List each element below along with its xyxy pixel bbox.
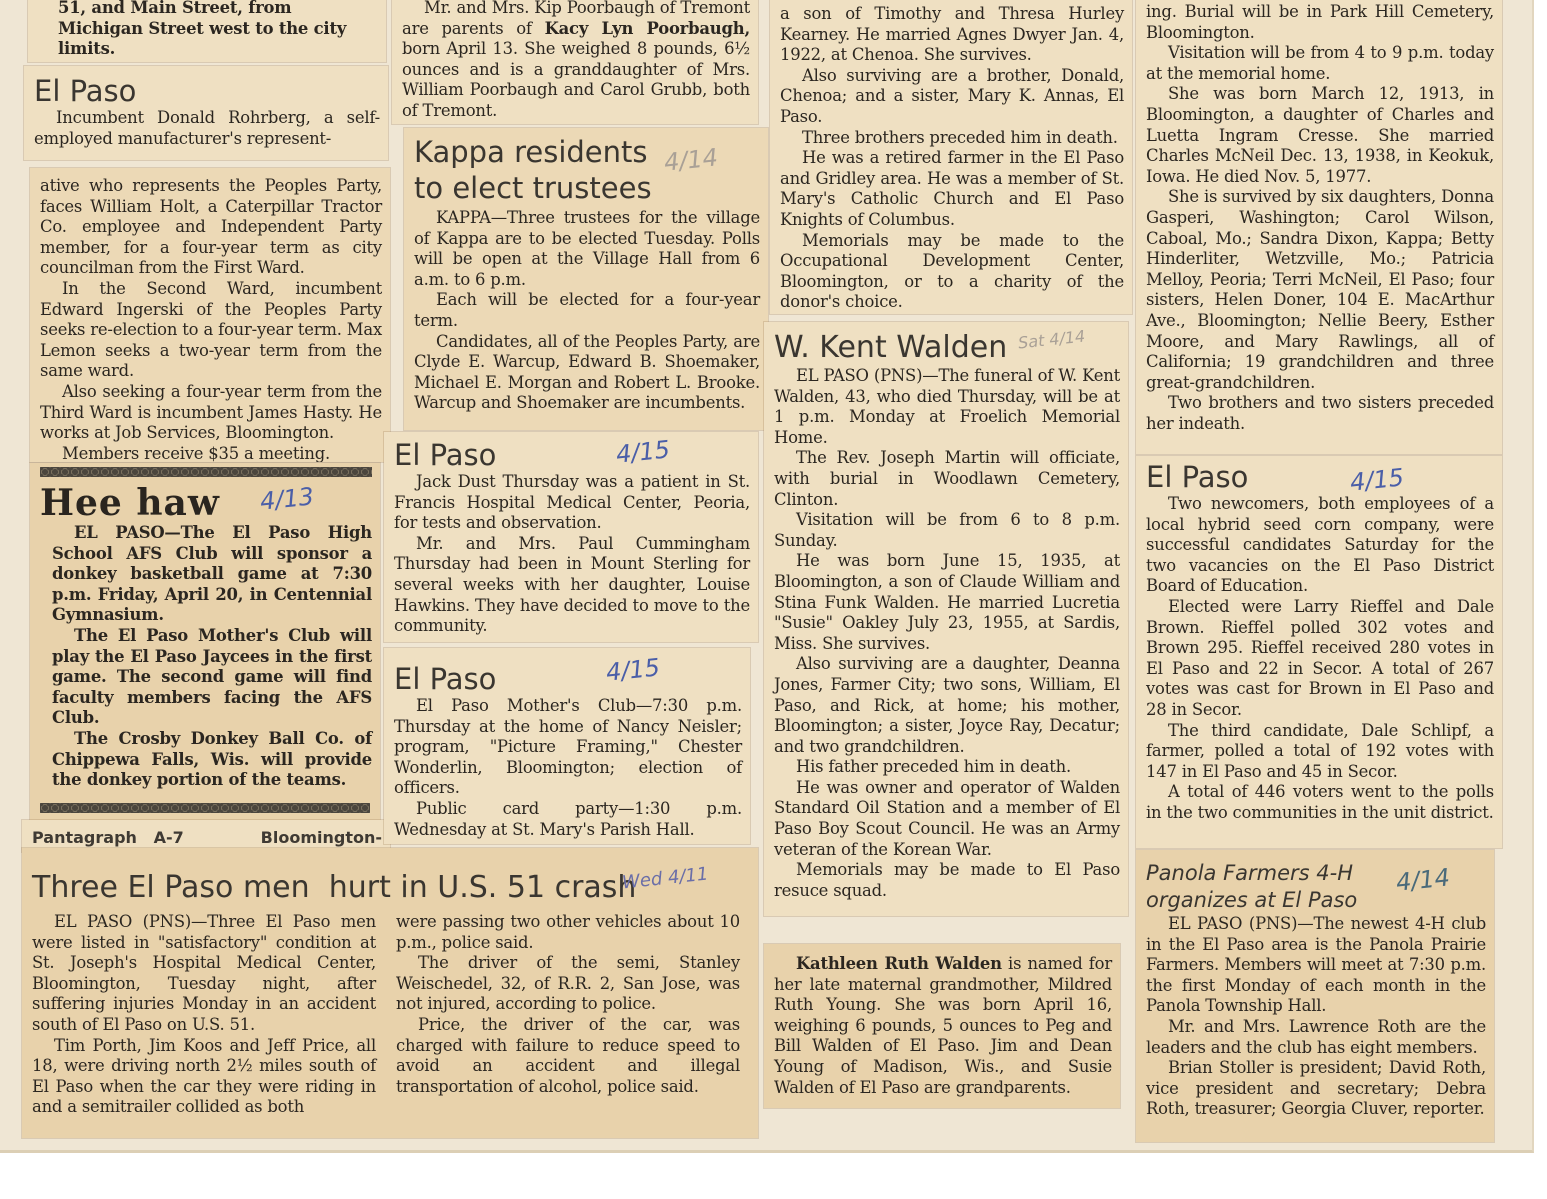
paragraph: Incumbent Donald Rohrberg, a self-employ… <box>34 108 380 149</box>
clipping-el-paso-mothers: El Paso 4/15 El Paso Mother's Club—7:30 … <box>384 648 750 844</box>
clipping-kappa: Kappa residentsto elect trustees 4/14 KA… <box>404 128 768 430</box>
paragraph: She was born March 12, 1913, in Blooming… <box>1146 84 1494 187</box>
headline: El Paso <box>394 438 750 472</box>
paragraph: Mr. and Mrs. Paul Cummingham Thursday ha… <box>394 534 750 637</box>
paragraph: A total of 446 voters went to the polls … <box>1146 782 1494 823</box>
paragraph: Jack Dust Thursday was a patient in St. … <box>394 472 750 534</box>
decorative-rule <box>40 467 372 477</box>
paragraph: Three brothers preceded him in death. <box>780 128 1124 149</box>
paragraph: Two brothers and two sisters preceded he… <box>1146 393 1494 434</box>
paragraph: Two newcomers, both employees of a local… <box>1146 494 1494 597</box>
paragraph: Tim Porth, Jim Koos and Jeff Price, all … <box>32 1036 376 1118</box>
masthead-paper: Pantagraph <box>32 828 137 847</box>
clipping-main-street: 51, and Main Street, from Michigan Stree… <box>28 0 386 62</box>
paragraph: The Rev. Joseph Martin will officiate, w… <box>774 448 1120 510</box>
paragraph: El Paso Mother's Club—7:30 p.m. Thursday… <box>394 696 742 799</box>
clipping-poorbaugh-birth: Mr. and Mrs. Kip Poorbaugh of Tremont ar… <box>392 0 758 124</box>
paragraph: Each will be elected for a four-year ter… <box>414 290 760 331</box>
paragraph: Also seeking a four-year term from the T… <box>40 382 382 444</box>
handwritten-date: 4/13 <box>259 482 316 515</box>
paragraph: The El Paso Mother's Club will play the … <box>52 626 372 729</box>
paragraph: Visitation will be from 6 to 8 p.m. Sund… <box>774 510 1120 551</box>
paragraph: KAPPA—Three trustees for the village of … <box>414 208 760 290</box>
paragraph: Also surviving are a brother, Donald, Ch… <box>780 66 1124 128</box>
clipping-walden-obituary: W. Kent Walden Sat 4/14 EL PASO (PNS)—Th… <box>764 322 1128 916</box>
paragraph: EL PASO (PNS)—The newest 4-H club in the… <box>1146 914 1486 1017</box>
paragraph: He was born June 15, 1935, at Bloomingto… <box>774 551 1120 654</box>
paragraph: ative who represents the Peoples Party, … <box>40 176 382 279</box>
paragraph: The driver of the semi, Stanley Weisched… <box>396 953 740 1015</box>
paragraph: EL PASO (PNS)—The funeral of W. Kent Wal… <box>774 366 1120 448</box>
paragraph: He was owner and operator of Walden Stan… <box>774 778 1120 860</box>
paragraph: EL PASO (PNS)—Three El Paso men were lis… <box>32 912 376 1036</box>
baby-name: Kacy Lyn Poorbaugh, <box>545 19 750 38</box>
clipping-walden-birth: Kathleen Ruth Walden is named for her la… <box>764 944 1120 1108</box>
paragraph: were passing two other vehicles about 10… <box>396 912 740 953</box>
scrapbook-page: 51, and Main Street, from Michigan Stree… <box>0 0 1534 1153</box>
paragraph: Price, the driver of the car, was charge… <box>396 1015 740 1097</box>
paragraph: Memorials may be made to El Paso resuce … <box>774 860 1120 901</box>
paragraph: Mr. and Mrs. Kip Poorbaugh of Tremont ar… <box>402 0 750 122</box>
paragraph: Candidates, all of the Peoples Party, ar… <box>414 332 760 414</box>
handwritten-date: 4/14 <box>1395 863 1452 896</box>
clipping-el-paso-school-board: El Paso 4/15 Two newcomers, both employe… <box>1136 456 1502 848</box>
masthead-city: Bloomington- <box>261 828 382 847</box>
handwritten-date: 4/15 <box>615 435 672 468</box>
headline: El Paso <box>1146 460 1494 494</box>
clipping-hee-haw: Hee haw 4/13 EL PASO—The El Paso High Sc… <box>30 463 380 821</box>
masthead-page: A-7 <box>154 828 184 847</box>
paragraph: EL PASO—The El Paso High School AFS Club… <box>52 523 372 626</box>
handwritten-date: 4/15 <box>1349 463 1406 496</box>
headline: El Paso <box>34 74 380 108</box>
paragraph: The Crosby Donkey Ball Co. of Chippewa F… <box>52 729 372 791</box>
headline: Hee haw <box>40 483 372 523</box>
decorative-rule <box>40 803 370 813</box>
column-2: were passing two other vehicles about 10… <box>396 912 740 1118</box>
clipping-text: 51, and Main Street, from Michigan Stree… <box>58 0 378 60</box>
paragraph: In the Second Ward, incumbent Edward Ing… <box>40 279 382 382</box>
paragraph: The third candidate, Dale Schlipf, a far… <box>1146 721 1494 783</box>
paragraph: a son of Timothy and Thresa Hurley Kearn… <box>780 4 1124 66</box>
clipping-panola-4h: Panola Farmers 4-Horganizes at El Paso 4… <box>1136 850 1494 1142</box>
baby-name: Kathleen Ruth Walden <box>796 954 1002 973</box>
paragraph: She is survived by six daughters, Donna … <box>1146 187 1494 393</box>
paragraph: Also surviving are a daughter, Deanna Jo… <box>774 654 1120 757</box>
paragraph: Members receive $35 a meeting. <box>40 444 382 462</box>
clipping-el-paso-election-bottom: ative who represents the Peoples Party, … <box>30 168 390 462</box>
clipping-crash-story: Three El Paso men hurt in U.S. 51 crash … <box>22 848 758 1138</box>
paragraph: Memorials may be made to the Occupationa… <box>780 231 1124 313</box>
clipping-mcneil-obituary: ing. Burial will be in Park Hill Cemeter… <box>1136 0 1502 454</box>
clipping-kearney-obituary: a son of Timothy and Thresa Hurley Kearn… <box>770 0 1132 314</box>
clipping-el-paso-dust: El Paso 4/15 Jack Dust Thursday was a pa… <box>384 432 758 642</box>
paragraph: Public card party—1:30 p.m. Wednesday at… <box>394 799 742 840</box>
paragraph: Mr. and Mrs. Lawrence Roth are the leade… <box>1146 1017 1486 1058</box>
handwritten-date: 4/15 <box>605 653 662 686</box>
paragraph: Brian Stoller is president; David Roth, … <box>1146 1058 1486 1120</box>
headline: El Paso <box>394 662 742 696</box>
paragraph: Visitation will be from 4 to 9 p.m. toda… <box>1146 43 1494 84</box>
clipping-el-paso-election-top: El Paso Incumbent Donald Rohrberg, a sel… <box>24 66 388 160</box>
paragraph: He was a retired farmer in the El Paso a… <box>780 148 1124 230</box>
paragraph: His father preceded him in death. <box>774 757 1120 778</box>
paragraph: Elected were Larry Rieffel and Dale Brow… <box>1146 597 1494 721</box>
column-1: EL PASO (PNS)—Three El Paso men were lis… <box>32 912 376 1118</box>
paragraph: Kathleen Ruth Walden is named for her la… <box>774 954 1112 1098</box>
paragraph: ing. Burial will be in Park Hill Cemeter… <box>1146 2 1494 43</box>
handwritten-date: 4/14 <box>663 143 720 176</box>
